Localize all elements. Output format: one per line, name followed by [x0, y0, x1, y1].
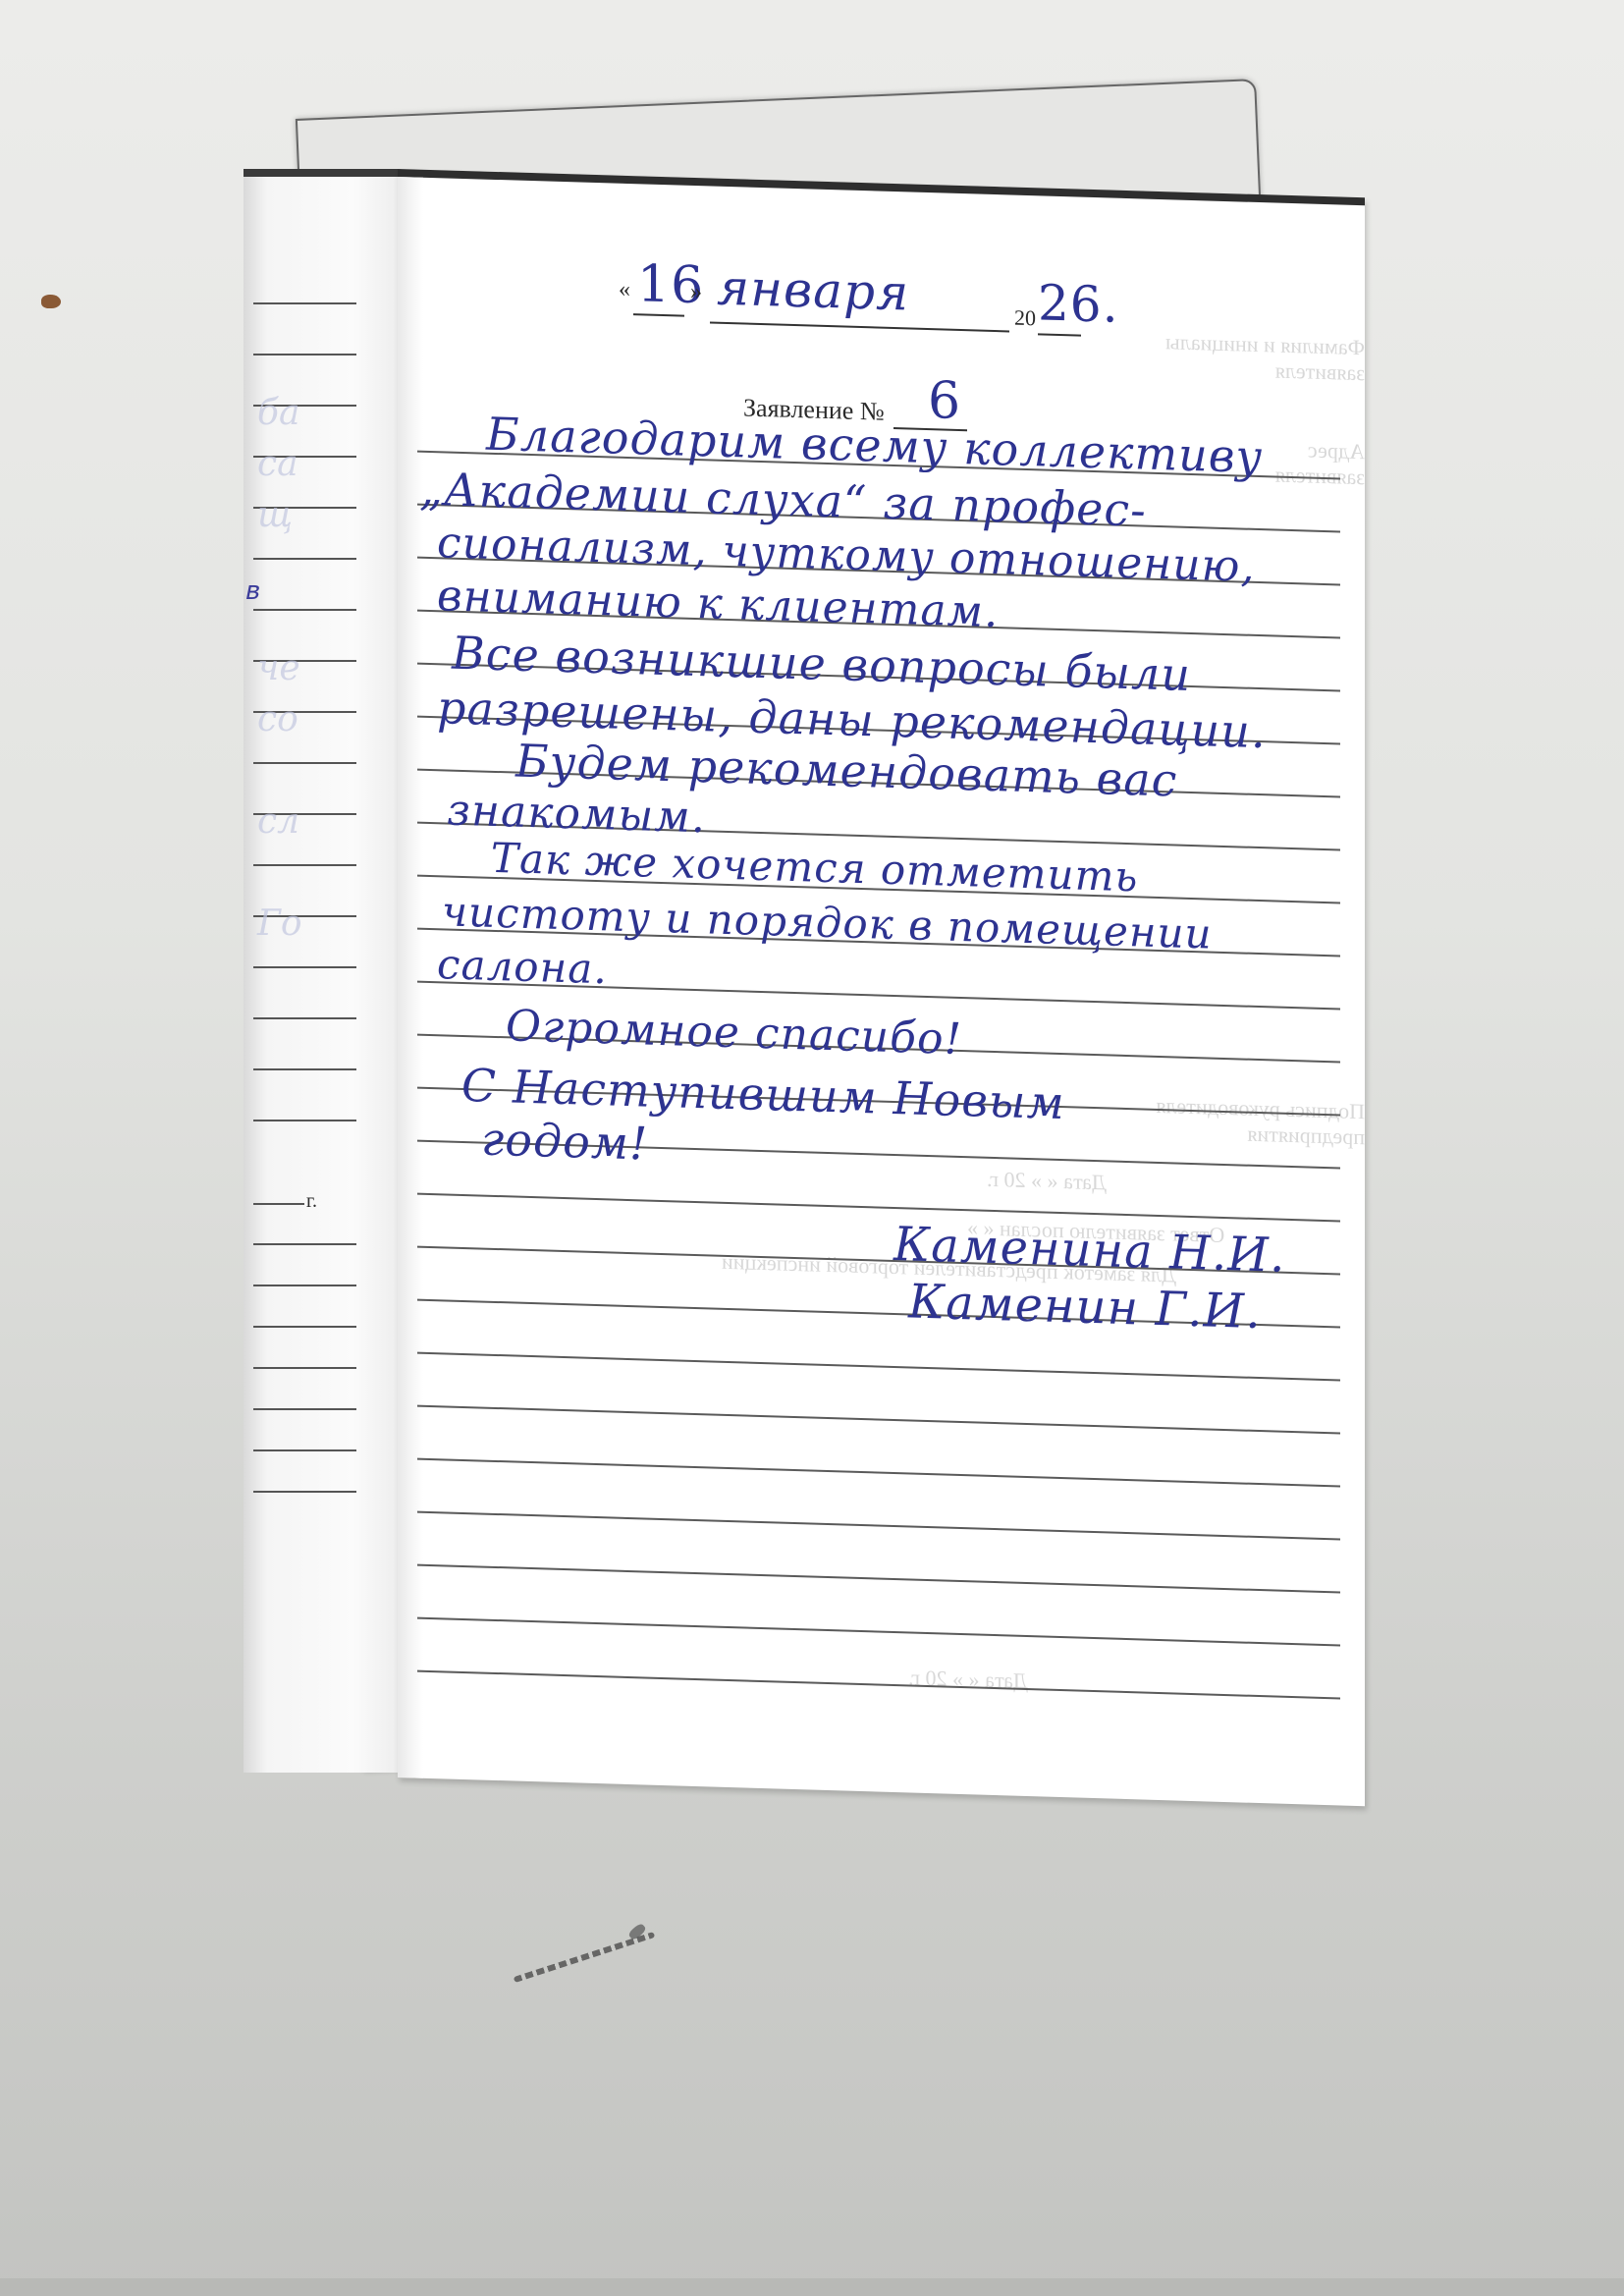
stub-rule [253, 966, 356, 968]
ruled-line [417, 1670, 1340, 1700]
date-day-line [633, 313, 684, 317]
ruled-line [417, 1352, 1340, 1382]
feedback-page: Фамилия и инициалы заявителя Адрес заяви… [398, 169, 1365, 1806]
stub-rule [253, 1408, 356, 1410]
body-line: годом! [481, 1113, 648, 1171]
dirt-speck [41, 295, 61, 308]
stub-rule [253, 1367, 356, 1369]
stub-handwritten-mark: в [245, 576, 260, 606]
bleed-through-text: Фамилия и инициалы заявителя [1085, 327, 1365, 386]
page-gutter [398, 177, 423, 1778]
signature: Каменина Н.И. [893, 1217, 1285, 1284]
stub-rule [253, 302, 356, 304]
bleed-through-text: Дата « » 20 г. [987, 1167, 1107, 1196]
stub-ghost-writing: щ [257, 495, 293, 535]
scanner-edge [0, 2278, 1624, 2296]
body-line: Огромное спасибо! [506, 1001, 962, 1065]
bleed-through-text: Адрес заявителя [1252, 436, 1365, 490]
stub-rule [253, 609, 356, 611]
stub-ghost-writing: Го [257, 903, 302, 944]
stub-rule [253, 1017, 356, 1019]
stub-ghost-writing: сл [257, 801, 299, 842]
stub-rule [253, 1068, 356, 1070]
stub-rule [253, 1491, 356, 1493]
stub-rule [253, 1449, 356, 1451]
stub-rule [253, 762, 356, 764]
stub-ghost-writing: че [257, 648, 300, 688]
stub-rule [253, 1120, 356, 1121]
date-month-line [710, 321, 1009, 332]
ruled-line [417, 1405, 1340, 1435]
stub-rule [253, 864, 356, 866]
stub-rule [253, 1285, 356, 1286]
bleed-through-text: Дата « » 20 г. [908, 1665, 1028, 1694]
year-line [1038, 333, 1081, 336]
stub-rule [253, 1243, 356, 1245]
stub-ghost-writing: са [257, 444, 298, 484]
body-line: знакомым. [447, 785, 706, 843]
bleed-through-text: Подпись руководителя предприятия [1085, 1091, 1365, 1150]
stub-ghost-writing: ба [257, 393, 299, 433]
stub-rule [253, 1326, 356, 1328]
ruled-line [417, 1617, 1340, 1647]
signature: Каменин Г.И. [908, 1274, 1262, 1339]
date-open-quote: « [619, 277, 630, 303]
date-month: января [717, 259, 909, 322]
body-line: салона. [437, 940, 608, 993]
ruled-line [417, 1193, 1340, 1223]
year-prefix: 20 [1014, 305, 1036, 332]
stub-rule [253, 558, 356, 560]
ruled-line [417, 1511, 1340, 1541]
year-suffix: 26. [1038, 274, 1119, 333]
date-close-quote: » [690, 279, 702, 305]
stub-rule [253, 354, 356, 355]
stub-city-suffix: г. [306, 1190, 317, 1213]
ruled-line [417, 1458, 1340, 1488]
stub-ghost-writing: со [257, 699, 298, 739]
stub-rule [253, 1203, 304, 1205]
ruled-line [417, 1564, 1340, 1594]
